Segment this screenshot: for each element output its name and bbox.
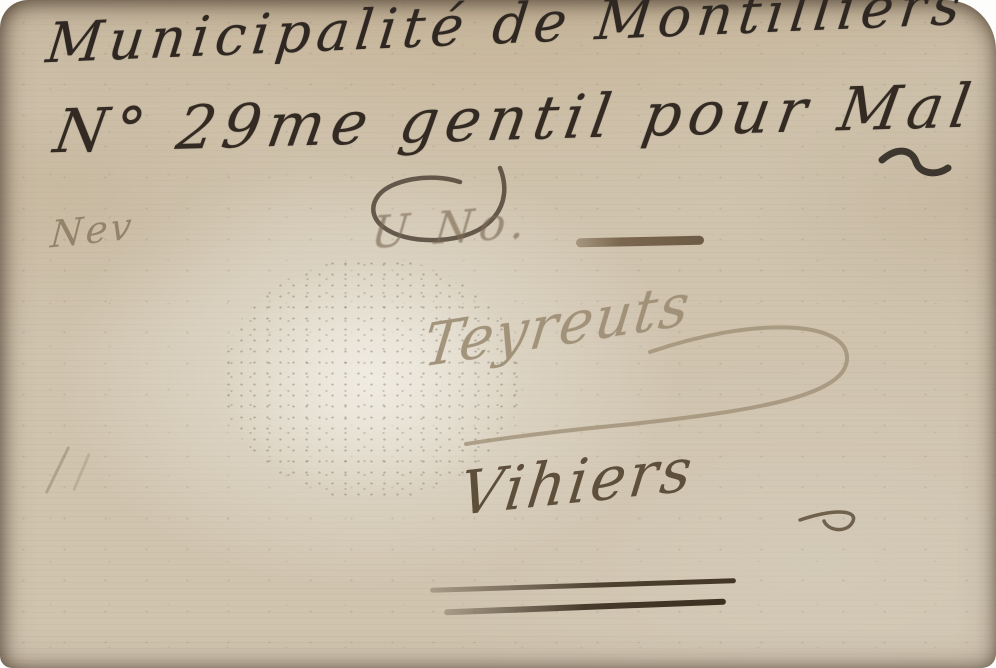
paper-card: Municipalité de Montilliers N° 29me gent… (0, 0, 996, 668)
faded-word-left: Nev (49, 207, 135, 253)
faded-word-middle: U No. (369, 201, 533, 257)
photo-of-document: Municipalité de Montilliers N° 29me gent… (0, 0, 996, 668)
